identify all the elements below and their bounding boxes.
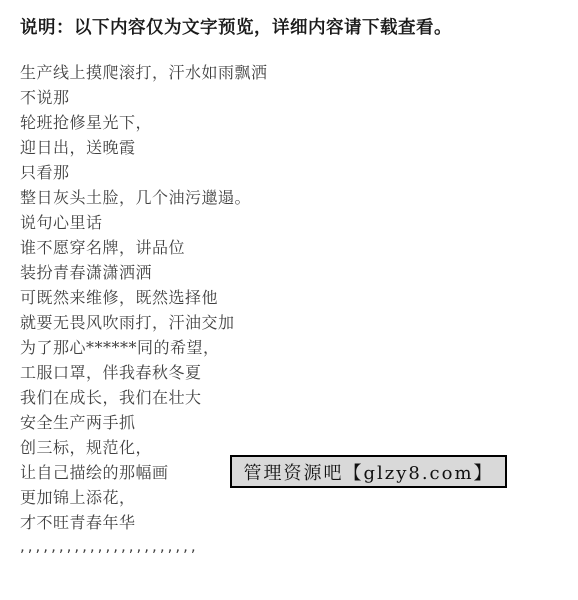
preview-line: 装扮青春潇潇洒洒 xyxy=(20,260,558,285)
preview-line: 我们在成长，我们在壮大 xyxy=(20,385,558,410)
truncation-dots: ,,,,,,,,,,,,,,,,,,,,,,, xyxy=(20,535,558,560)
preview-line: 迎日出，送晚霞 xyxy=(20,135,558,160)
watermark-box: 管理资源吧【glzy8.com】 xyxy=(230,455,507,488)
preview-line: 就要无畏风吹雨打，汗油交加 xyxy=(20,310,558,335)
preview-line: 工服口罩，伴我春秋冬夏 xyxy=(20,360,558,385)
preview-line: 只看那 xyxy=(20,160,558,185)
watermark-text: 管理资源吧【glzy8.com】 xyxy=(243,459,493,485)
preview-line: 说句心里话 xyxy=(20,210,558,235)
preview-line: 生产线上摸爬滚打，汗水如雨飘洒 xyxy=(20,60,558,85)
preview-line: 整日灰头土脸，几个油污邋遢。 xyxy=(20,185,558,210)
preview-line: 可既然来维修，既然选择他 xyxy=(20,285,558,310)
preview-line: 轮班抢修星光下， xyxy=(20,110,558,135)
preview-line: 不说那 xyxy=(20,85,558,110)
preview-line: 谁不愿穿名牌，讲品位 xyxy=(20,235,558,260)
notice-text: 说明：以下内容仅为文字预览，详细内容请下载查看。 xyxy=(20,14,558,40)
preview-line: 更加锦上添花， xyxy=(20,485,558,510)
preview-line: 才不旺青春年华 xyxy=(20,510,558,535)
preview-line: 安全生产两手抓 xyxy=(20,410,558,435)
preview-line: 为了那心******同的希望， xyxy=(20,335,558,360)
